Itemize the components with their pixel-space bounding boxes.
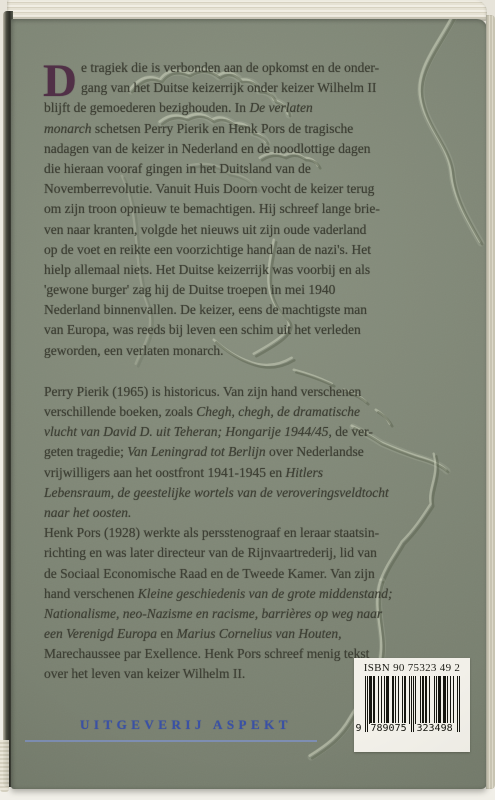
text-segment: Henk Pors (1928) werkte als persstenogra… bbox=[44, 525, 379, 540]
text-segment: en bbox=[157, 626, 177, 641]
barcode-bar bbox=[422, 676, 424, 724]
text-line: richting en was later directeur van de R… bbox=[44, 543, 444, 563]
text-segment: geworden, een verlaten monarch. bbox=[44, 343, 224, 358]
barcode-bar bbox=[420, 676, 421, 724]
text-segment: monarch bbox=[44, 121, 92, 136]
back-cover: D e tragiek die is verbonden aan de opko… bbox=[11, 19, 487, 789]
text-line: 'gewone burger' zag hij de Duitse troepe… bbox=[44, 280, 444, 300]
blurb-text: e tragiek die is verbonden aan de opkoms… bbox=[44, 58, 444, 685]
barcode-bar bbox=[415, 676, 416, 724]
text-segment: op de voet en reikte een voorzichtige ha… bbox=[44, 242, 371, 257]
text-segment: richting en was later directeur van de R… bbox=[44, 545, 377, 560]
text-line: Novemberrevolutie. Vanuit Huis Doorn voc… bbox=[44, 179, 444, 199]
text-line: die hieraan vooraf gingen in het Duitsla… bbox=[44, 159, 444, 179]
ean-digits: 9 789075 323498 bbox=[365, 723, 460, 736]
book-page-edges-top bbox=[7, 0, 487, 21]
isbn-number: ISBN 90 75323 49 2 bbox=[360, 661, 464, 675]
text-line: geworden, een verlaten monarch. bbox=[44, 341, 444, 361]
text-line: vrijwilligers aan het oostfront 1941-194… bbox=[44, 463, 444, 483]
book-page-edges-right bbox=[486, 15, 495, 789]
text-segment: naar het oosten. bbox=[44, 505, 131, 520]
text-segment: Lebensraum, de geestelijke wortels van d… bbox=[44, 485, 389, 500]
text-segment: , de ver- bbox=[328, 424, 372, 439]
barcode-bar bbox=[453, 676, 454, 724]
barcode-bar bbox=[373, 676, 375, 724]
text-line: nadagen van de keizer in Nederland en de… bbox=[44, 139, 444, 159]
book-page-edges-corner bbox=[0, 740, 9, 792]
text-line: van Europa, was reeds bij leven een schi… bbox=[44, 320, 444, 340]
barcode: 9 789075 323498 bbox=[365, 676, 460, 742]
text-segment: schetsen Perry Pierik en Henk Pors de tr… bbox=[92, 121, 354, 136]
text-line: een Verenigd Europa en Marius Cornelius … bbox=[44, 624, 444, 644]
text-line: naar het oosten. bbox=[44, 503, 444, 523]
text-segment: 'gewone burger' zag hij de Duitse troepe… bbox=[44, 282, 335, 297]
text-line: gang van het Duitse keizerrijk onder kei… bbox=[44, 78, 444, 98]
text-line: Perry Pierik (1965) is historicus. Van z… bbox=[44, 382, 444, 402]
barcode-bar bbox=[436, 676, 437, 724]
barcode-bar bbox=[395, 676, 396, 724]
barcode-bar bbox=[429, 676, 430, 724]
barcode-bar bbox=[425, 676, 427, 724]
text-segment: Van Leningrad tot Berlijn bbox=[127, 444, 265, 459]
barcode-bar bbox=[386, 676, 389, 724]
text-segment: over Nederlandse bbox=[266, 444, 364, 459]
text-segment: de Sociaal Economische Raad en de Tweede… bbox=[44, 566, 375, 581]
text-segment: vrijwilligers aan het oostfront 1941-194… bbox=[44, 465, 285, 480]
text-line: op de voet en reikte een voorzichtige ha… bbox=[44, 240, 444, 260]
text-line: vlucht van David D. uit Teheran; Hongari… bbox=[44, 422, 444, 442]
text-segment: die hieraan vooraf gingen in het Duitsla… bbox=[44, 161, 311, 176]
text-line: verschillende boeken, zoals Chegh, chegh… bbox=[44, 402, 444, 422]
text-segment: geten tragedie; bbox=[44, 444, 127, 459]
isbn-box: ISBN 90 75323 49 2 9 789075 323498 bbox=[354, 658, 470, 752]
text-line: Lebensraum, de geestelijke wortels van d… bbox=[44, 483, 444, 503]
barcode-bar bbox=[434, 676, 435, 724]
barcode-bar bbox=[392, 676, 394, 724]
text-segment: Hitlers bbox=[285, 465, 323, 480]
text-segment: verschillende boeken, zoals bbox=[44, 404, 196, 419]
text-line: hielp allemaal niets. Het Duitse keizerr… bbox=[44, 260, 444, 280]
text-line: Nederland binnenvallen. De keizer, eens … bbox=[44, 300, 444, 320]
text-segment: Nationalisme, neo-Nazisme en racisme, ba… bbox=[44, 606, 382, 621]
barcode-bar bbox=[381, 676, 382, 724]
barcode-bar bbox=[404, 676, 406, 724]
barcode-bar bbox=[447, 676, 448, 724]
paragraph: e tragiek die is verbonden aan de opkoms… bbox=[44, 58, 444, 361]
barcode-bar bbox=[438, 676, 441, 724]
text-line: monarch schetsen Perry Pierik en Henk Po… bbox=[44, 119, 444, 139]
text-line: blijft de gemoederen bezighouden. In De … bbox=[44, 98, 444, 118]
text-line: Nationalisme, neo-Nazisme en racisme, ba… bbox=[44, 604, 444, 624]
text-segment: De verlaten bbox=[249, 100, 312, 115]
text-segment: van Europa, was reeds bij leven een schi… bbox=[44, 322, 361, 337]
text-segment: gang van het Duitse keizerrijk onder kei… bbox=[81, 80, 376, 95]
barcode-bar bbox=[384, 676, 385, 724]
text-segment: een Verenigd Europa bbox=[44, 626, 157, 641]
text-segment: blijft de gemoederen bezighouden. In bbox=[44, 100, 249, 115]
text-segment: hand verschenen bbox=[44, 586, 138, 601]
text-segment: e tragiek die is verbonden aan de opkoms… bbox=[81, 60, 379, 75]
text-segment: Perry Pierik (1965) is historicus. Van z… bbox=[44, 384, 361, 399]
text-line: de Sociaal Economische Raad en de Tweede… bbox=[44, 564, 444, 584]
ean-left-group: 789075 bbox=[370, 723, 408, 735]
text-line: ven naar kranten, volgde het nieuws uit … bbox=[44, 220, 444, 240]
text-segment: Novemberrevolutie. Vanuit Huis Doorn voc… bbox=[44, 181, 374, 196]
book-back-cover-photo: D e tragiek die is verbonden aan de opko… bbox=[0, 0, 495, 800]
barcode-bar bbox=[409, 676, 410, 724]
barcode-bar bbox=[378, 676, 379, 724]
text-line: e tragiek die is verbonden aan de opkoms… bbox=[44, 58, 444, 78]
text-segment: nadagen van de keizer in Nederland en de… bbox=[44, 141, 371, 156]
barcode-bar bbox=[443, 676, 446, 724]
text-segment: Marechaussee par Exellence. Henk Pors sc… bbox=[44, 646, 369, 661]
barcode-bar bbox=[450, 676, 451, 724]
barcode-bar bbox=[398, 676, 399, 724]
text-segment: om zijn troon opnieuw te bemachtigen. Hi… bbox=[44, 201, 380, 216]
ean-first-digit: 9 bbox=[355, 723, 363, 735]
text-line: Henk Pors (1928) werkte als persstenogra… bbox=[44, 523, 444, 543]
text-segment: over het leven van keizer Wilhelm II. bbox=[44, 666, 245, 681]
text-segment: Chegh, chegh, de dramatische bbox=[196, 404, 360, 419]
text-segment: vlucht van David D. uit Teheran; Hongari… bbox=[44, 424, 328, 439]
text-segment: Nederland binnenvallen. De keizer, eens … bbox=[44, 302, 367, 317]
paragraph: Perry Pierik (1965) is historicus. Van z… bbox=[44, 382, 444, 523]
ean-right-group: 323498 bbox=[416, 723, 454, 735]
text-segment: Kleine geschiedenis van de grote middens… bbox=[138, 586, 393, 601]
text-segment: ven naar kranten, volgde het nieuws uit … bbox=[44, 222, 366, 237]
publisher-rule bbox=[25, 740, 317, 742]
text-line: geten tragedie; Van Leningrad tot Berlij… bbox=[44, 442, 444, 462]
barcode-bar bbox=[402, 676, 403, 724]
barcode-bar bbox=[369, 676, 372, 724]
text-segment: hielp allemaal niets. Het Duitse keizerr… bbox=[44, 262, 370, 277]
text-line: hand verschenen Kleine geschiedenis van … bbox=[44, 584, 444, 604]
text-line: om zijn troon opnieuw te bemachtigen. Hi… bbox=[44, 199, 444, 219]
text-segment: Marius Cornelius van Houten, bbox=[176, 626, 341, 641]
publisher-name: UITGEVERIJ ASPEKT bbox=[80, 717, 292, 733]
